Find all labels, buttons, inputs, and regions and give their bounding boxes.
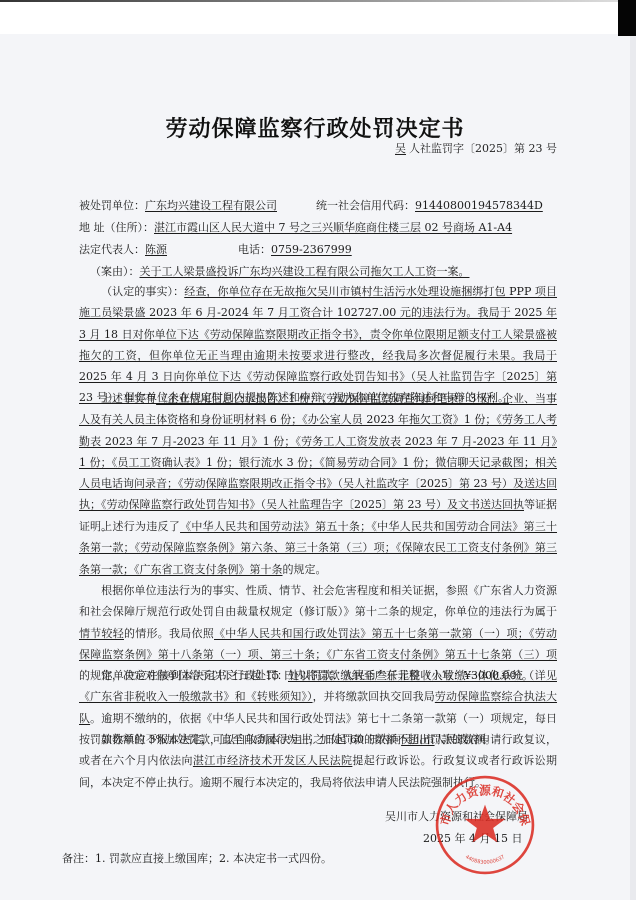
violation-lead: 上述行为违反了	[101, 520, 180, 533]
penalized-unit-value: 广东均兴建设工程有限公司	[145, 199, 277, 212]
case-reason-text: 关于工人梁景盛投诉广东均兴建设工程有限公司拖欠工人工资一案。	[140, 265, 470, 278]
penalized-unit-row: 被处罚单位：广东均兴建设工程有限公司	[79, 198, 277, 213]
facts-text: 经查，你单位存在无故拖欠吴川市镇村生活污水处理设施捆绑打包 PPP 项目施工员梁…	[79, 285, 557, 404]
evidence-text: 《企业信用信息公示报告》1 份；《劳动保障监察调查询问笔录》3 份；企业、当事人…	[79, 392, 557, 511]
phone-row: 电话：0759-2367999	[238, 242, 352, 257]
document-number: 吴人社监罚字〔2025〕第 23 号	[392, 140, 557, 156]
appeal-part1: 如你单位不服本决定，可以自收到本决定书之日起 60 日内向	[101, 733, 401, 746]
legal-rep-row: 法定代表人：陈源	[79, 242, 167, 257]
doc-number-prefix: 吴	[392, 142, 409, 155]
appeal-paragraph: 如你单位不服本决定，可以自收到本决定书之日起 60 日内向吴川市人民政府申请行政…	[79, 729, 557, 793]
svg-text:4408830000637: 4408830000637	[464, 854, 506, 866]
phone-label: 电话：	[238, 243, 271, 256]
legal-rep-label: 法定代表人：	[79, 243, 145, 256]
credit-code-row: 统一社会信用代码：91440800194578344D	[316, 198, 543, 213]
appeal-court: 湛江市经济技术开发区人民法院	[193, 754, 352, 767]
basis-part2: 的情形。我局依照	[124, 627, 214, 640]
case-reason-row: （案由）：关于工人梁景盛投诉广东均兴建设工程有限公司拖欠工人工资一案。	[90, 264, 470, 279]
issuing-organization: 吴川市人力资源和社会保障局	[385, 808, 528, 824]
document-title: 劳动保障监察行政处罚决定书	[0, 112, 630, 143]
evidence-lead: 上述事实有	[101, 392, 156, 405]
appeal-city: 吴川市	[401, 733, 434, 746]
violation-tail: 的规定。	[283, 563, 327, 576]
credit-code-label: 统一社会信用代码：	[316, 199, 415, 212]
address-value: 湛江市霞山区人民大道中 7 号之三兴顺华庭商住楼三层 02 号商场 A1-A4	[154, 221, 512, 234]
basis-part1: 根据你单位违法行为的事实、性质、情节、社会危害程度和相关证据，参照《广东省人力资…	[79, 584, 557, 618]
scan-corner-artifact	[618, 0, 636, 36]
issue-date: 2025 年 4 月 15 日	[423, 830, 522, 846]
evidence-paragraph: 上述事实有《企业信用信息公示报告》1 份；《劳动保障监察调查询问笔录》3 份；企…	[79, 388, 557, 537]
severity-text: 情节较轻	[79, 627, 124, 640]
penalized-unit-label: 被处罚单位：	[79, 199, 145, 212]
legal-rep-value: 陈源	[145, 243, 167, 256]
case-reason-label: （案由）：	[90, 265, 140, 278]
payment-part2: ，并将缴款回执交回我局	[313, 690, 435, 703]
remark-note: 备注：1. 罚款应直接上缴国库；2. 本决定书一式四份。	[62, 850, 332, 866]
scan-top-margin	[0, 0, 636, 34]
facts-label: （认定的事实）：	[101, 285, 184, 298]
scan-right-edge	[630, 36, 636, 900]
phone-value: 0759-2367999	[271, 243, 352, 256]
doc-number-rest: 人社监罚字〔2025〕第 23 号	[409, 142, 557, 155]
address-row: 地 址（住所）：湛江市霞山区人民大道中 7 号之三兴顺华庭商住楼三层 02 号商…	[79, 220, 512, 235]
payment-part1: 你单位应在接到本决定书之日起 15 日内将罚款缴纳至	[101, 669, 375, 682]
address-label: 地 址（住所）：	[79, 221, 154, 234]
violation-paragraph: 上述行为违反了《中华人民共和国劳动法》第五十条；《中华人民共和国劳动合同法》第三…	[79, 516, 557, 580]
credit-code-value: 91440800194578344D	[415, 199, 543, 212]
scan-edge-shadow	[0, 0, 620, 2]
document-page: 劳动保障监察行政处罚决定书 吴人社监罚字〔2025〕第 23 号 被处罚单位：广…	[0, 34, 630, 900]
